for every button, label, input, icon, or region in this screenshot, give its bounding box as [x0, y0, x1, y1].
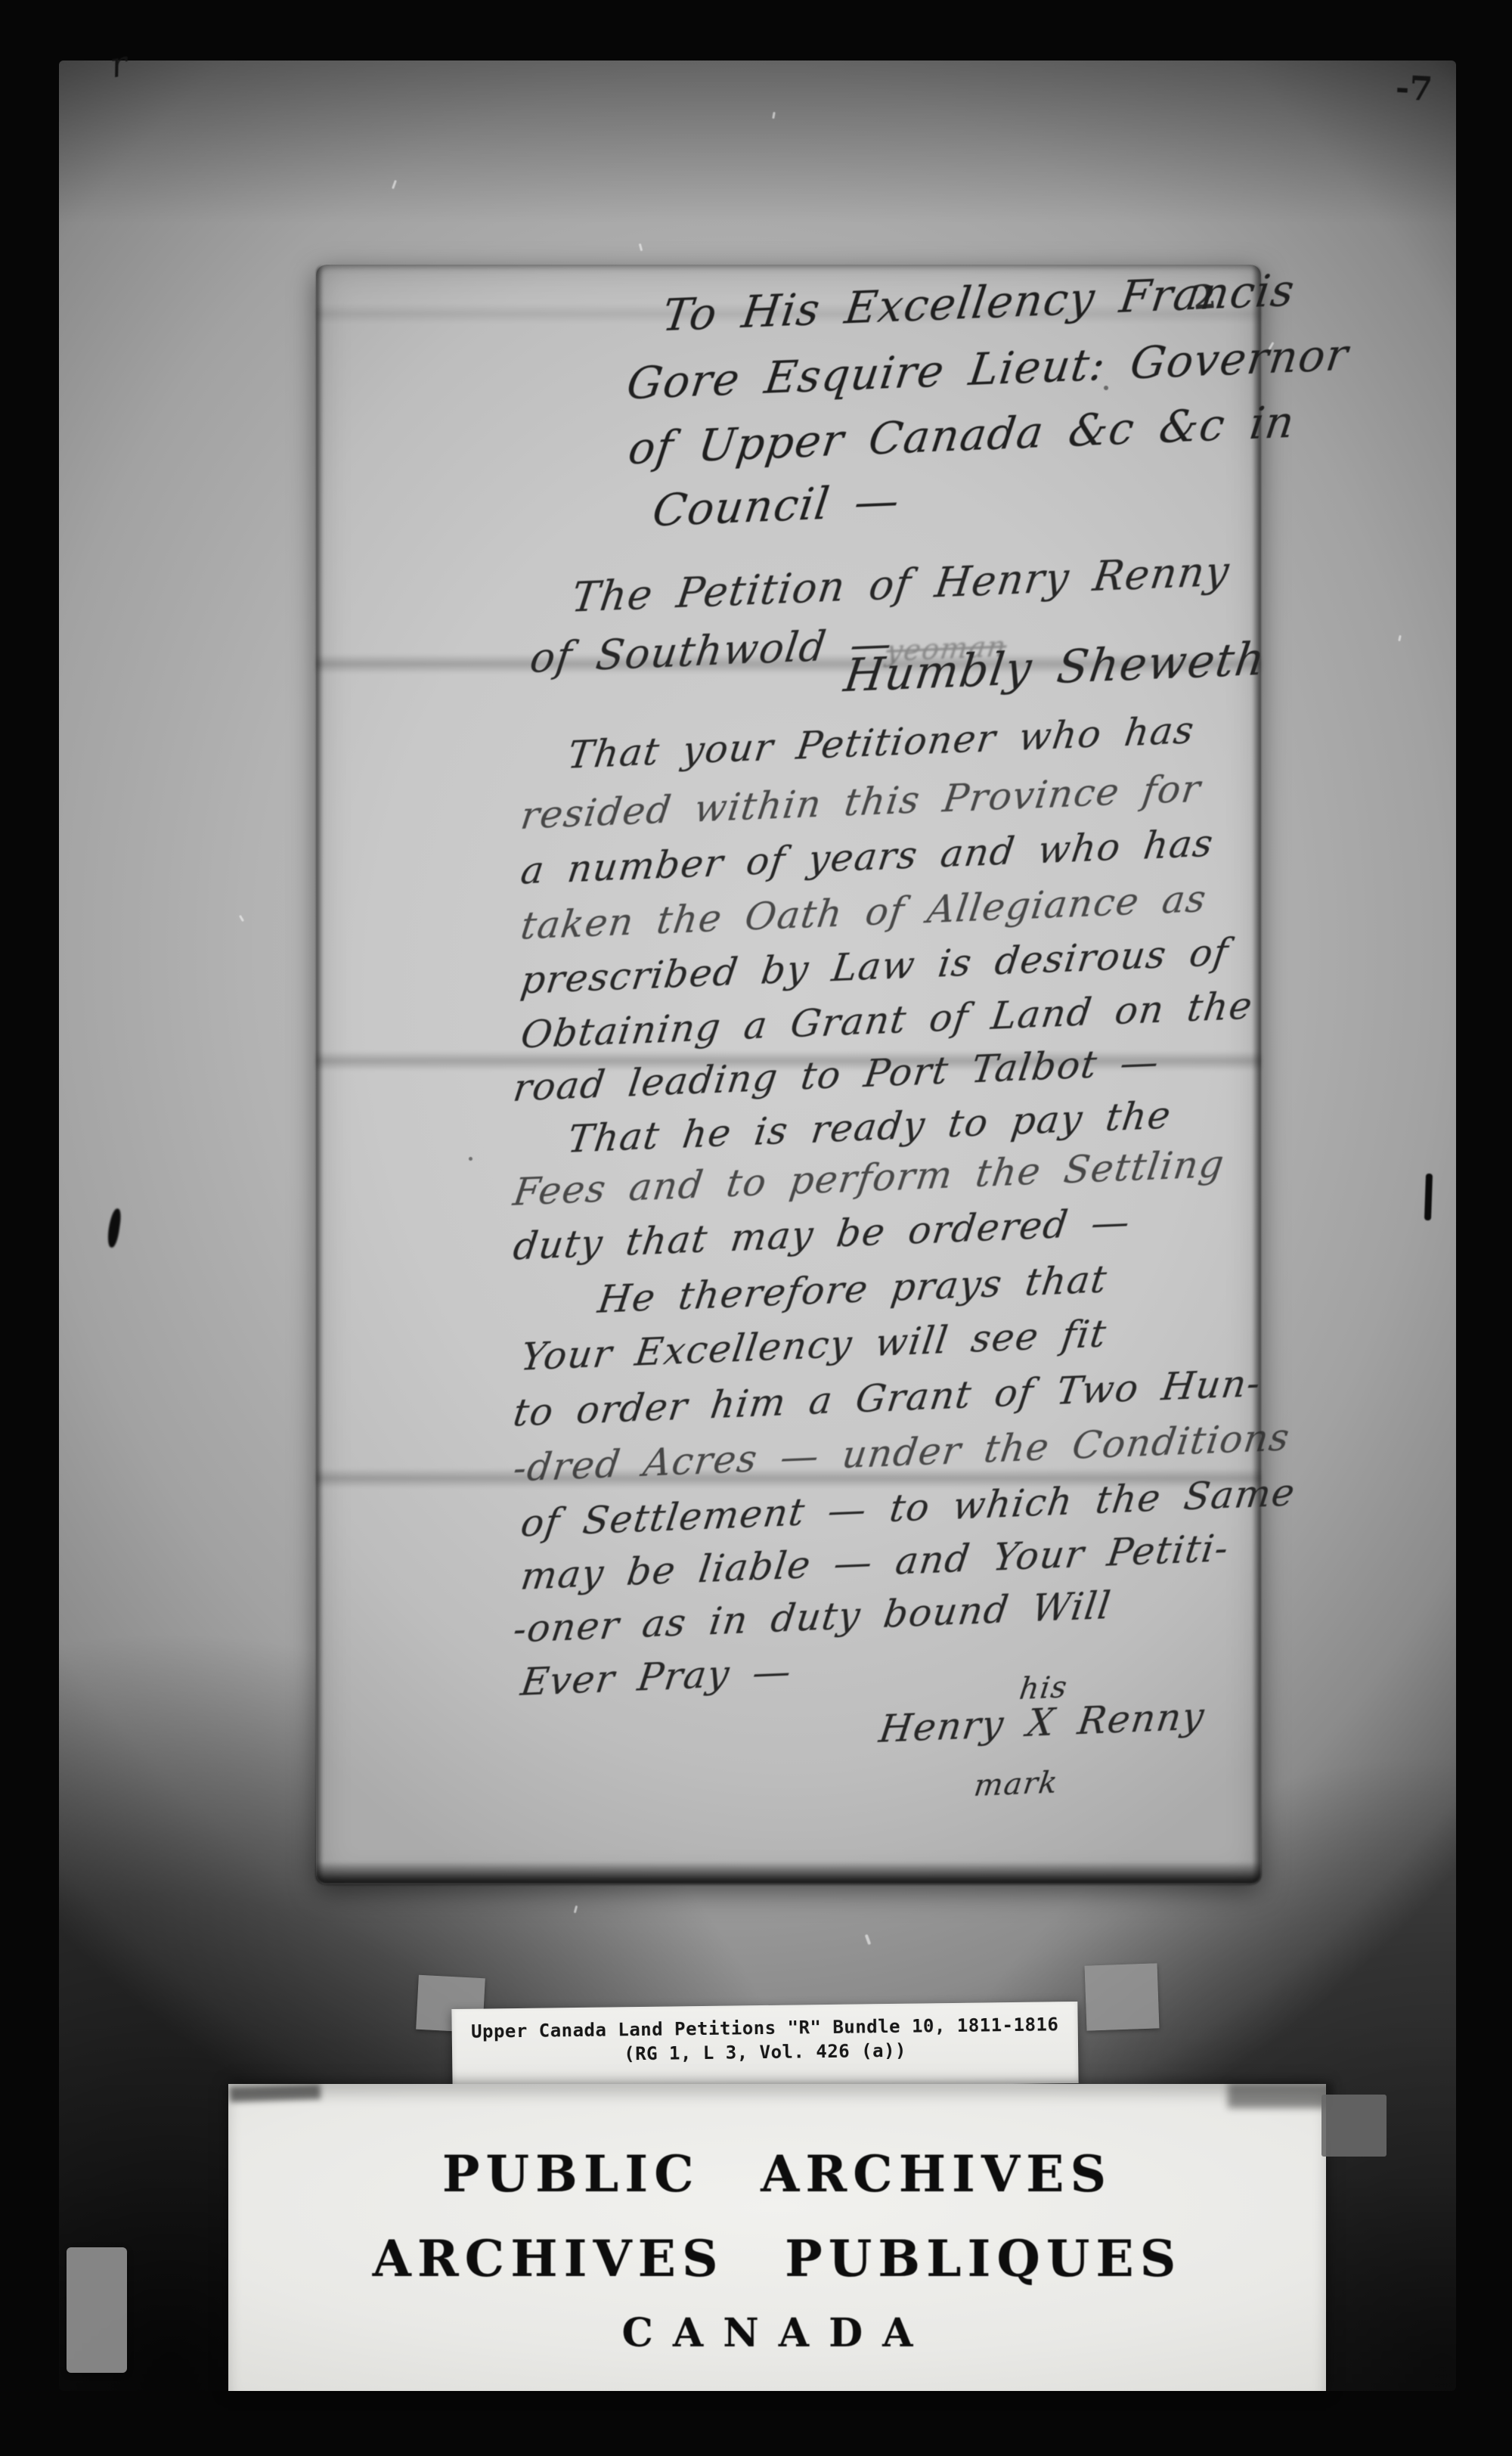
- top-right-pen-mark: -7: [1395, 69, 1433, 109]
- tape-tab: [1085, 1963, 1160, 2030]
- page-edge-shadow: [316, 1862, 1261, 1884]
- handwritten-line: Council —: [650, 479, 903, 532]
- handwritten-line: -oner as in duty bound Will: [511, 1586, 1114, 1648]
- handwritten-line: Your Excellency will see fit: [519, 1315, 1109, 1376]
- handwritten-line: duty that may be ordered —: [511, 1203, 1133, 1266]
- handwritten-line: To His Excellency Francis: [660, 268, 1298, 337]
- handwritten-line: of Upper Canada &c &c in: [626, 399, 1298, 470]
- archive-reference-label: Upper Canada Land Petitions "R" Bundle 1…: [451, 2002, 1078, 2091]
- banner-line-french: ARCHIVES PUBLIQUES: [228, 2234, 1326, 2284]
- handwritten-line: The Petition of Henry Renny: [569, 551, 1232, 619]
- banner-line-english: PUBLIC ARCHIVES: [228, 2149, 1326, 2199]
- signature-name: Henry X Renny: [877, 1697, 1207, 1748]
- dust-speck: [1104, 386, 1108, 390]
- handwritten-line: Gore Esquire Lieut: Governor: [624, 332, 1352, 405]
- petition-page: 2 To His Excellency Francis Gore Esquire…: [316, 265, 1261, 1884]
- page-edge-shadow: [1252, 265, 1261, 1884]
- dust-speck: [469, 1157, 472, 1161]
- microfilm-frame: r -7 2 To His Excellency Francis Gore Es…: [0, 0, 1512, 2456]
- handwritten-line: Ever Pray —: [519, 1652, 795, 1701]
- public-archives-banner: PUBLIC ARCHIVES ARCHIVES PUBLIQUES CANAD…: [228, 2084, 1326, 2391]
- handwritten-line: He therefore prays that: [596, 1261, 1110, 1319]
- handwritten-line: That your Petitioner who has: [565, 711, 1197, 774]
- tape-tab: [1321, 2095, 1387, 2157]
- page-edge-shadow: [316, 265, 324, 1884]
- banner-smudge: [1228, 2082, 1334, 2108]
- banner-line-canada: CANADA: [228, 2314, 1326, 2353]
- tape-tab: [67, 2247, 127, 2373]
- banner-smudge: [230, 2084, 321, 2102]
- signature-mark: mark: [972, 1767, 1060, 1801]
